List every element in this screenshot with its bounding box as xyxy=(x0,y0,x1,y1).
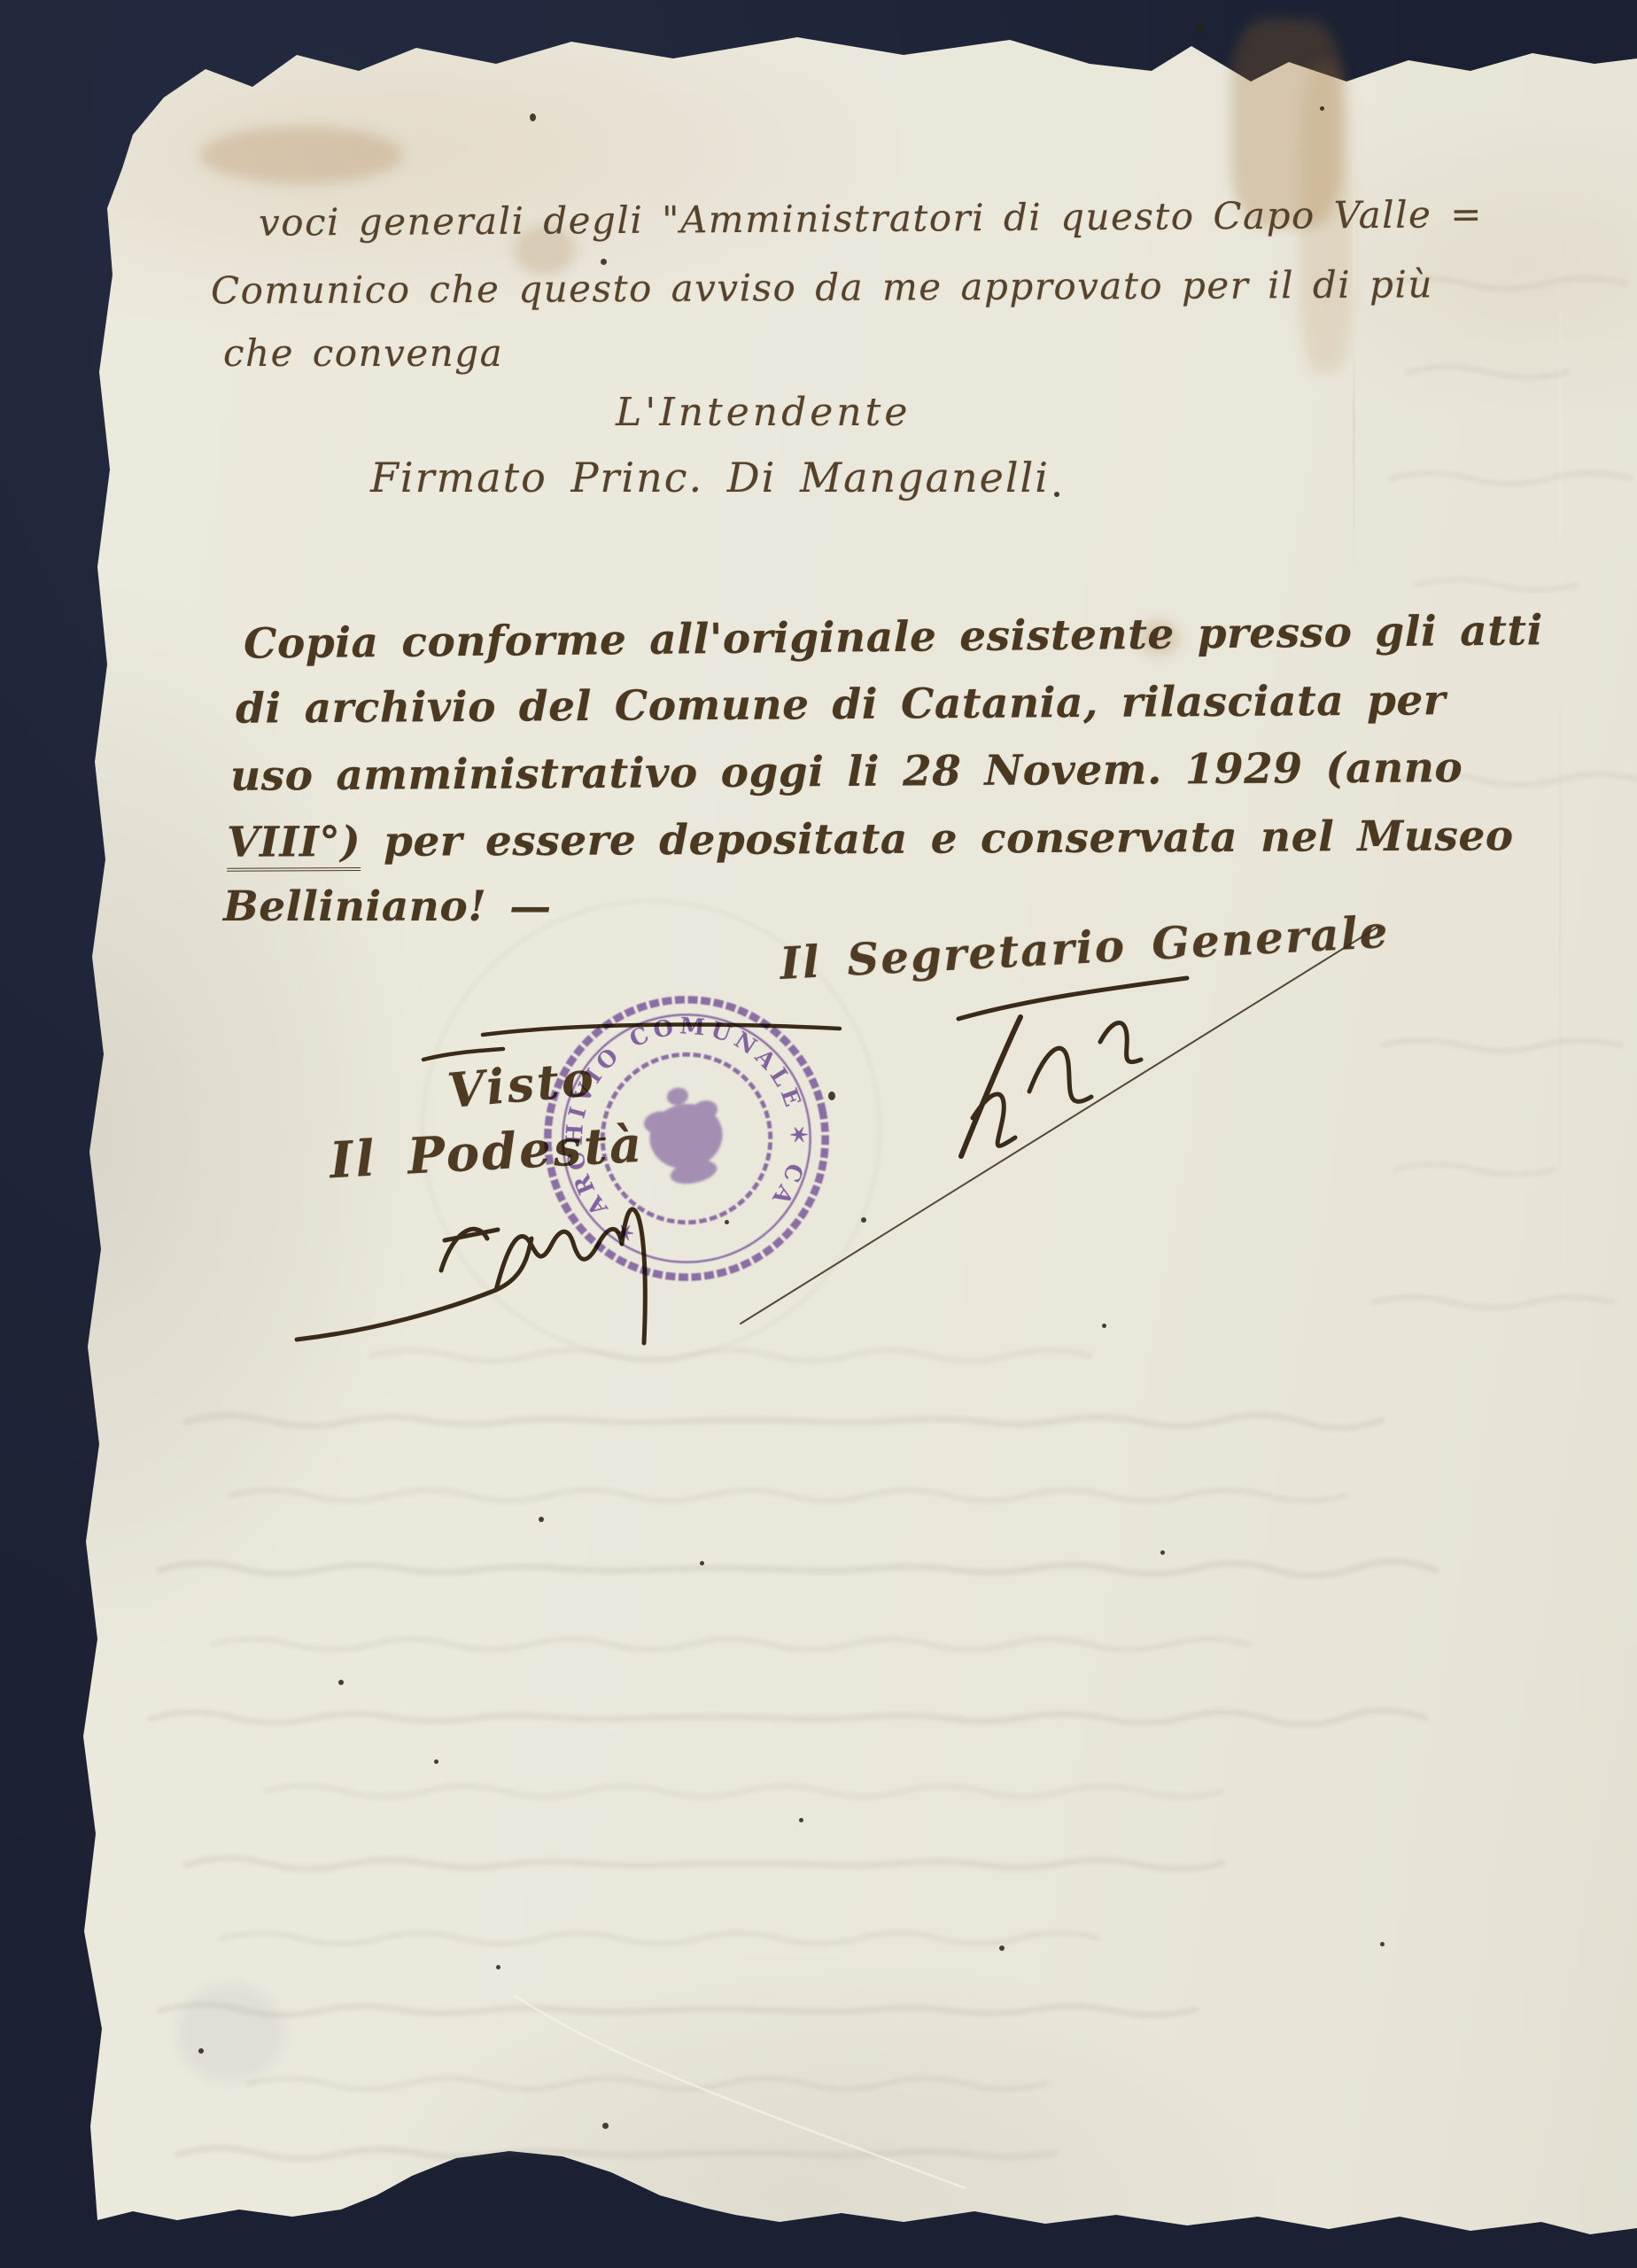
certification-line-4-rest: per essere depositata e conservata nel M… xyxy=(361,812,1514,866)
stain xyxy=(199,126,403,184)
ink-speck xyxy=(601,259,607,265)
opening-line-2: Comunico che questo avviso da me approva… xyxy=(211,262,1433,312)
intendente-title: L'Intendente xyxy=(616,390,911,435)
ink-speck xyxy=(1197,25,1204,32)
ink-speck xyxy=(1054,492,1059,497)
ink-speck xyxy=(496,1965,500,1969)
opening-line-3: che convenga xyxy=(223,331,503,375)
scanned-document-screenshot: { "colors": { "background": "#1b2132", "… xyxy=(0,0,1637,2268)
stamp-crest xyxy=(638,1080,732,1191)
ink-speck xyxy=(1320,106,1324,111)
certification-line-4: VIII°) per essere depositata e conservat… xyxy=(227,812,1514,867)
ink-speck xyxy=(198,2048,204,2054)
paper-crease xyxy=(1559,80,1562,1320)
ink-speck xyxy=(1102,1324,1106,1328)
stain xyxy=(177,1984,283,2082)
ink-speck xyxy=(999,1946,1005,1951)
firmato-line: Firmato Princ. Di Manganelli xyxy=(370,454,1050,501)
anno-viii-underlined: VIII°) xyxy=(227,818,361,872)
certification-line-2: di archivio del Comune di Catania, rilas… xyxy=(236,676,1446,734)
ink-speck xyxy=(338,1680,344,1685)
certification-line-3: uso amministrativo oggi li 28 Novem. 192… xyxy=(230,743,1463,801)
ink-speck xyxy=(1160,1550,1165,1555)
ink-speck xyxy=(530,113,536,121)
certification-line-5: Belliniano! — xyxy=(223,882,552,931)
ink-speck xyxy=(799,1818,803,1822)
archive-stamp: ✶ ARCHIVIO COMUNALE ✶ CATANIA xyxy=(508,959,865,1317)
ink-speck xyxy=(1380,1942,1385,1946)
ink-speck xyxy=(861,1217,866,1223)
paper-crease xyxy=(1353,106,1355,585)
ink-speck xyxy=(700,1561,704,1565)
opening-line-1: voci generali degli "Amministratori di q… xyxy=(259,192,1483,245)
ink-speck xyxy=(539,1517,544,1522)
ink-speck xyxy=(602,2123,609,2129)
ink-speck xyxy=(434,1759,438,1764)
